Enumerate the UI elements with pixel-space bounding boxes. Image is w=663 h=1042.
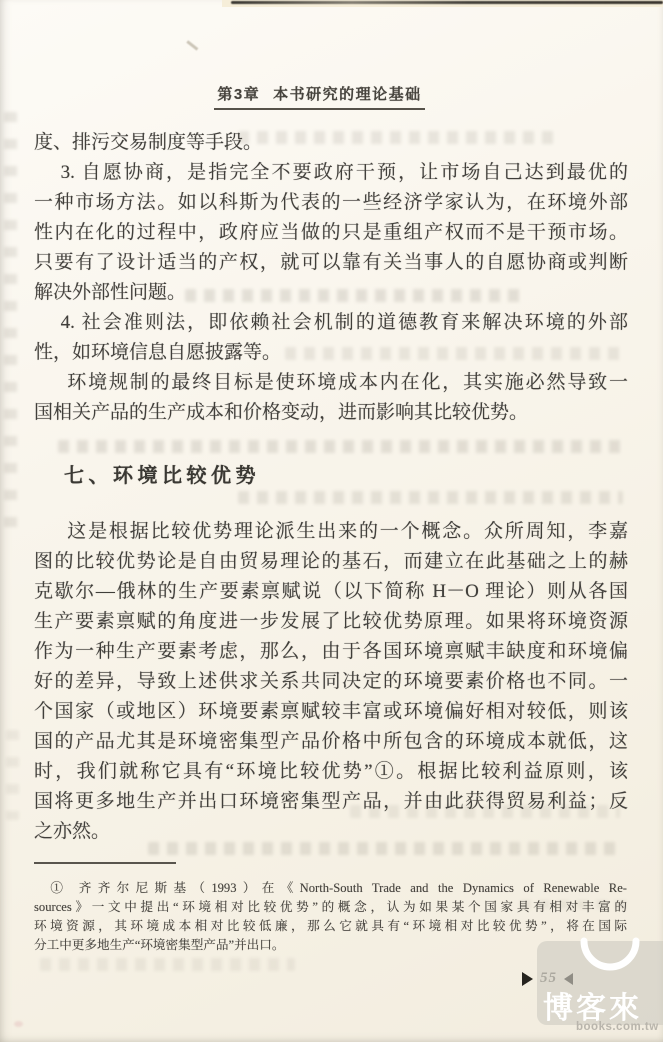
watermark-box: 博客來 xyxy=(537,941,663,1025)
bleedthrough-artifact xyxy=(238,491,623,504)
scan-top-edge-line xyxy=(231,1,663,4)
footnote-line: sources》一文中提出“环境相对比较优势”的概念，认为如果某个国家具有相对丰… xyxy=(34,898,627,917)
scan-smudge xyxy=(14,1021,23,1027)
scanned-book-page: { "page": { "header": { "chapter": "第3章"… xyxy=(0,0,663,1042)
bleedthrough-artifact xyxy=(58,440,623,453)
chapter-title: 本书研究的理论基础 xyxy=(273,86,422,103)
footnote: ① 齐齐尔尼斯基（1993）在《North-South Trade and th… xyxy=(34,879,627,955)
text-line: 国的产品尤其是环境密集型产品价格中所包含的环境成本就低，这 xyxy=(34,727,628,757)
body-paragraph-2: 这是根据比较优势理论派生出来的一个概念。众所周知，李嘉图的比较优势论是自由贸易理… xyxy=(34,517,628,847)
footnote-line: ① 齐齐尔尼斯基（1993）在《North-South Trade and th… xyxy=(34,879,627,898)
bleedthrough-artifact xyxy=(4,112,17,542)
text-line: 好的差异，导致上述供求关系共同决定的环境要素价格也不同。一 xyxy=(34,667,628,697)
text-line: 只要有了设计适当的产权，就可以靠有关当事人的自愿协商或判断 xyxy=(34,248,628,278)
smile-icon xyxy=(579,937,641,973)
chapter-number: 第3章 xyxy=(217,86,260,103)
text-line: 生产要素禀赋的角度进一步发展了比较优势原理。如果将环境资源 xyxy=(34,607,628,637)
text-line: 国相关产品的生产成本和价格变动，进而影响其比较优势。 xyxy=(34,398,628,428)
text-line: 图的比较优势论是自由贸易理论的基石，而建立在此基础之上的赫 xyxy=(34,547,628,577)
scan-slash-artifact xyxy=(187,40,199,50)
bleedthrough-artifact xyxy=(40,958,295,971)
text-line: 性内在化的过程中，政府应当做的只是重组产权而不是干预市场。 xyxy=(34,218,628,248)
text-line: 一种市场方法。如以科斯为代表的一些经济学家认为，在环境外部 xyxy=(34,188,628,218)
body-paragraph-1: 度、排污交易制度等手段。3. 自愿协商，是指完全不要政府干预，让市场自己达到最优… xyxy=(34,128,628,428)
footnote-divider xyxy=(34,862,176,864)
text-line: 环境规制的最终目标是使环境成本内在化，其实施必然导致一 xyxy=(34,368,628,398)
text-line: 克歇尔—俄林的生产要素禀赋说（以下简称 H－O 理论）则从各国 xyxy=(34,577,628,607)
text-line: 这是根据比较优势理论派生出来的一个概念。众所周知，李嘉 xyxy=(34,517,628,547)
text-line: 度、排污交易制度等手段。 xyxy=(34,128,628,158)
watermark-domain: books.com.tw xyxy=(576,1021,659,1033)
text-line: 3. 自愿协商，是指完全不要政府干预，让市场自己达到最优的 xyxy=(34,158,628,188)
bleedthrough-artifact xyxy=(6,730,19,820)
section-heading: 七、环境比较优势 xyxy=(64,459,260,488)
chapter-header: 第3章本书研究的理论基础 xyxy=(214,86,424,110)
text-line: 4. 社会准则法，即依赖社会机制的道德教育来解决环境的外部 xyxy=(34,308,628,338)
text-line: 个国家（或地区）环境要素禀赋较丰富或环境偏好相对较低，则该 xyxy=(34,697,628,727)
text-line: 之亦然。 xyxy=(34,817,628,847)
text-line: 作为一种生产要素考虑，那么，由于各国环境禀赋丰缺度和环境偏 xyxy=(34,637,628,667)
page-marker-right-icon xyxy=(522,972,533,986)
text-line: 解决外部性问题。 xyxy=(34,278,628,308)
running-header-row: 第3章本书研究的理论基础 xyxy=(0,86,663,110)
footnote-line: 环境资源，其环境成本相对比较低廉，那么它就具有“环境相对比较优势”，将在国际 xyxy=(34,917,627,936)
text-line: 国将更多地生产并出口环境密集型产品，并由此获得贸易利益；反 xyxy=(34,787,628,817)
text-line: 时，我们就称它具有“环境比较优势”①。根据比较利益原则，该 xyxy=(34,757,628,787)
text-line: 性，如环境信息自愿披露等。 xyxy=(34,338,628,368)
